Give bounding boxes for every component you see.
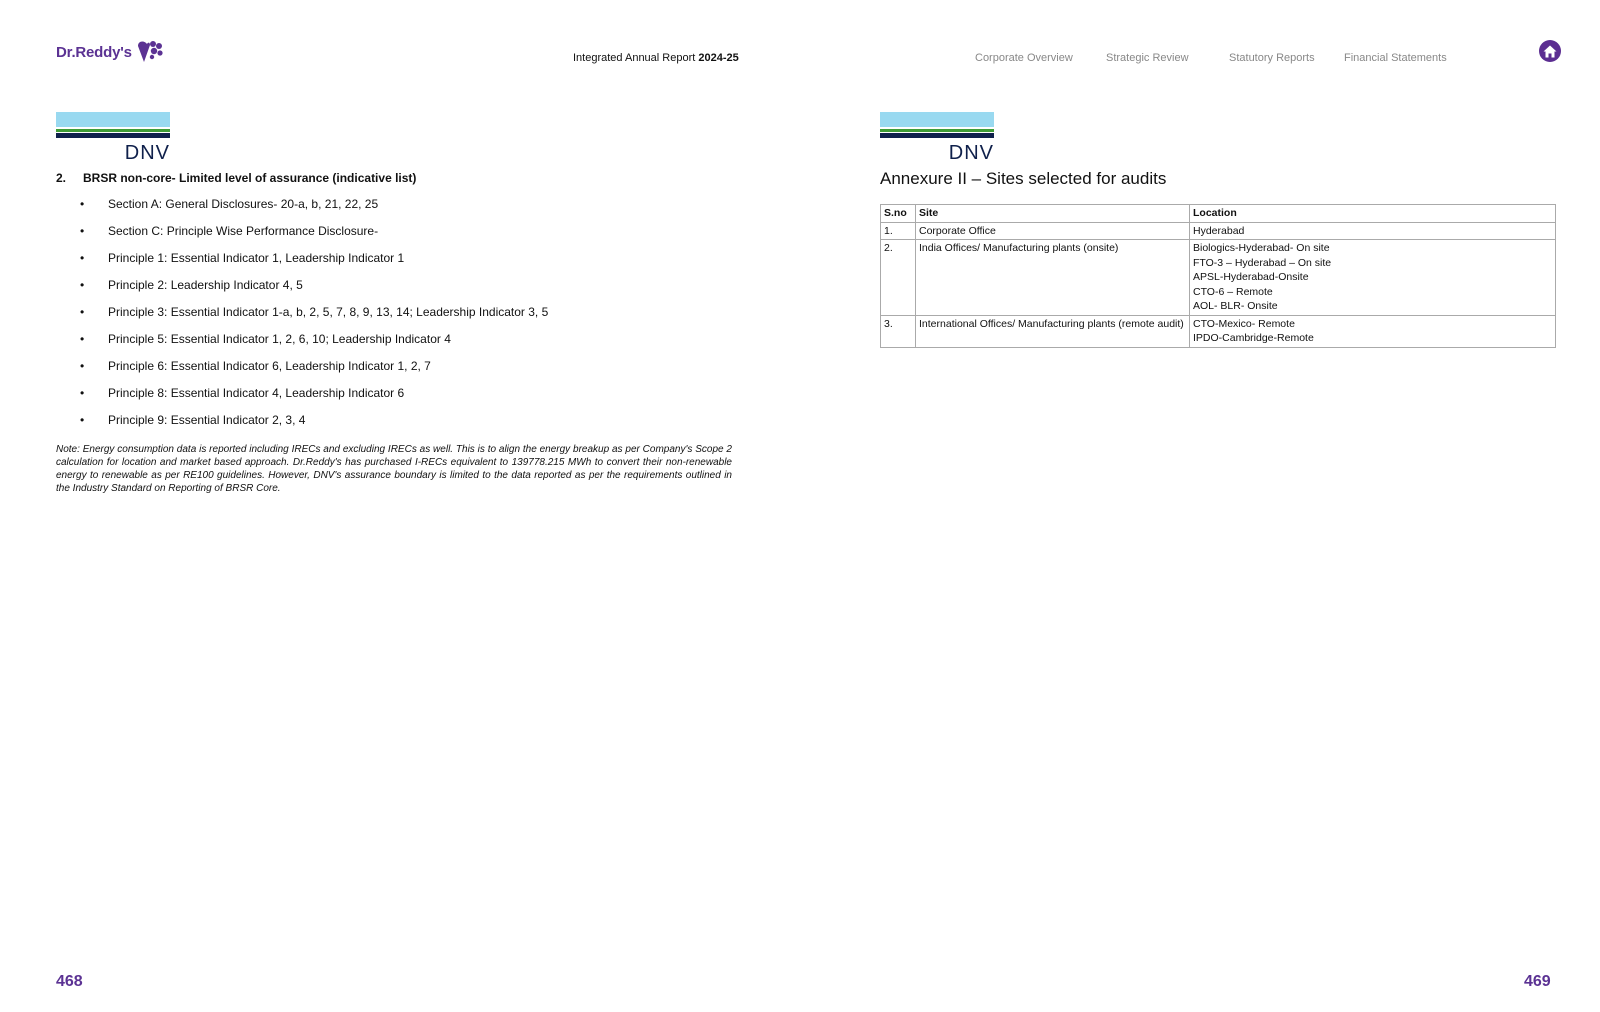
table-row: 3. International Offices/ Manufacturing …: [881, 315, 1556, 347]
table-row: 1. Corporate Office Hyderabad: [881, 222, 1556, 240]
list-item-text: Principle 2: Leadership Indicator 4, 5: [108, 278, 303, 305]
cell-site: International Offices/ Manufacturing pla…: [916, 315, 1190, 347]
list-item-text: Principle 8: Essential Indicator 4, Lead…: [108, 386, 404, 413]
list-item: •Principle 2: Leadership Indicator 4, 5: [80, 278, 548, 305]
list-item: •Principle 1: Essential Indicator 1, Lea…: [80, 251, 548, 278]
location-line: CTO-6 – Remote: [1193, 285, 1552, 300]
location-line: IPDO-Cambridge-Remote: [1193, 331, 1552, 346]
list-item: •Principle 3: Essential Indicator 1-a, b…: [80, 305, 548, 332]
cell-sno: 3.: [881, 315, 916, 347]
column-header-location: Location: [1190, 205, 1556, 223]
list-item-text: Principle 3: Essential Indicator 1-a, b,…: [108, 305, 548, 332]
location-line: APSL-Hyderabad-Onsite: [1193, 270, 1552, 285]
list-item-text: Principle 1: Essential Indicator 1, Lead…: [108, 251, 404, 278]
dnv-logo-band: [56, 129, 170, 132]
nav-strategic-review[interactable]: Strategic Review: [1106, 52, 1189, 64]
brand-logo: Dr.Reddy's: [56, 40, 164, 64]
table-row: 2. India Offices/ Manufacturing plants (…: [881, 240, 1556, 316]
nav-statutory-reports[interactable]: Statutory Reports: [1229, 52, 1315, 64]
list-item-text: Principle 9: Essential Indicator 2, 3, 4: [108, 413, 305, 440]
brand-name: Dr.Reddy's: [56, 44, 132, 61]
column-header-sno: S.no: [881, 205, 916, 223]
dnv-logo-text: DNV: [125, 142, 170, 165]
nav-corporate-overview[interactable]: Corporate Overview: [975, 52, 1073, 64]
column-header-site: Site: [916, 205, 1190, 223]
section-heading: 2.BRSR non-core- Limited level of assura…: [56, 171, 416, 185]
dnv-logo-band: [880, 112, 994, 127]
annexure-title: Annexure II – Sites selected for audits: [880, 169, 1166, 189]
location-line: CTO-Mexico- Remote: [1193, 317, 1552, 332]
nav-financial-statements[interactable]: Financial Statements: [1344, 52, 1447, 64]
cell-location: Biologics-Hyderabad- On site FTO-3 – Hyd…: [1190, 240, 1556, 316]
report-year: 2024-25: [698, 52, 738, 64]
dnv-logo-text: DNV: [949, 142, 994, 165]
location-line: Biologics-Hyderabad- On site: [1193, 241, 1552, 256]
list-item: •Principle 8: Essential Indicator 4, Lea…: [80, 386, 548, 413]
dnv-logo-right: DNV: [880, 112, 994, 162]
location-line: FTO-3 – Hyderabad – On site: [1193, 256, 1552, 271]
energy-note: Note: Energy consumption data is reporte…: [56, 443, 732, 495]
sites-table: S.no Site Location 1. Corporate Office H…: [880, 204, 1556, 348]
table-header-row: S.no Site Location: [881, 205, 1556, 223]
cell-sno: 2.: [881, 240, 916, 316]
list-item: •Principle 5: Essential Indicator 1, 2, …: [80, 332, 548, 359]
section-number: 2.: [56, 171, 83, 185]
dnv-logo-band: [56, 133, 170, 138]
list-item: •Principle 9: Essential Indicator 2, 3, …: [80, 413, 548, 440]
cell-sno: 1.: [881, 222, 916, 240]
list-item-text: Section C: Principle Wise Performance Di…: [108, 224, 378, 251]
page-number-right: 469: [1524, 973, 1551, 991]
report-title: Integrated Annual Report 2024-25: [573, 52, 739, 64]
report-title-text: Integrated Annual Report: [573, 52, 698, 64]
dnv-logo-band: [880, 129, 994, 132]
home-icon: [1543, 45, 1557, 58]
dnv-logo-left: DNV: [56, 112, 170, 162]
location-line: AOL- BLR- Onsite: [1193, 299, 1552, 314]
list-item: •Section C: Principle Wise Performance D…: [80, 224, 548, 251]
list-item: •Principle 6: Essential Indicator 6, Lea…: [80, 359, 548, 386]
location-line: Hyderabad: [1193, 224, 1552, 239]
page-number-left: 468: [56, 973, 83, 991]
list-item-text: Principle 5: Essential Indicator 1, 2, 6…: [108, 332, 451, 359]
cell-site: India Offices/ Manufacturing plants (ons…: [916, 240, 1190, 316]
list-item-text: Section A: General Disclosures- 20-a, b,…: [108, 197, 378, 224]
home-button[interactable]: [1539, 40, 1561, 62]
cell-site: Corporate Office: [916, 222, 1190, 240]
assurance-list: •Section A: General Disclosures- 20-a, b…: [80, 197, 548, 440]
cell-location: Hyderabad: [1190, 222, 1556, 240]
cell-location: CTO-Mexico- Remote IPDO-Cambridge-Remote: [1190, 315, 1556, 347]
section-title: BRSR non-core- Limited level of assuranc…: [83, 171, 416, 185]
list-item-text: Principle 6: Essential Indicator 6, Lead…: [108, 359, 431, 386]
brand-heart-icon: [136, 40, 164, 64]
list-item: •Section A: General Disclosures- 20-a, b…: [80, 197, 548, 224]
dnv-logo-band: [56, 112, 170, 127]
dnv-logo-band: [880, 133, 994, 138]
